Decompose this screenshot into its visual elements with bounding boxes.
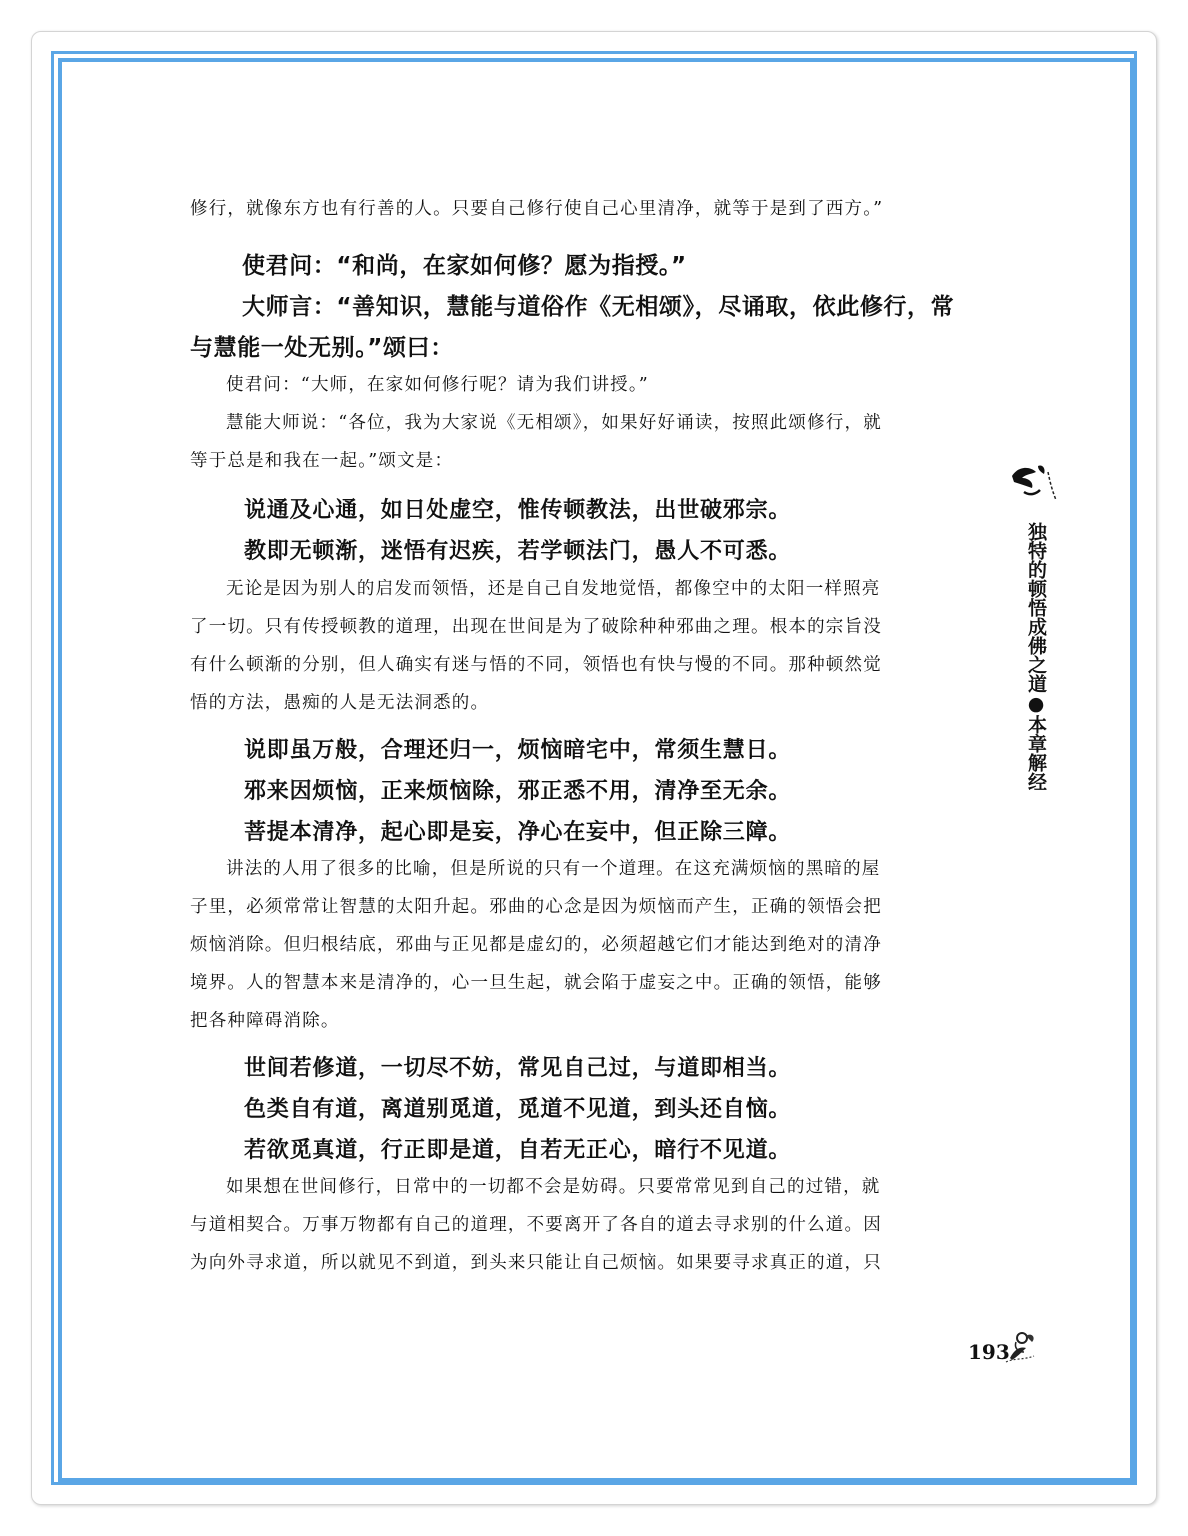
commentary-line: 了一切。只有传授顿教的道理，出现在世间是为了破除种种邪曲之理。根本的宗旨没: [190, 613, 882, 638]
commentary-line: 把各种障碍消除。: [190, 1007, 340, 1032]
commentary-line: 无论是因为别人的启发而领悟，还是自己自发地觉悟，都像空中的太阳一样照亮: [226, 575, 881, 600]
verse-line: 菩提本清净，起心即是妄，净心在妄中，但正除三障。: [244, 815, 791, 846]
verse-line: 世间若修道，一切尽不妨，常见自己过，与道即相当。: [244, 1051, 791, 1082]
translation-line: 慧能大师说：“各位，我为大家说《无相颂》，如果好好诵读，按照此颂修行，就: [226, 409, 882, 434]
commentary-line: 境界。人的智慧本来是清净的，心一旦生起，就会陷于虚妄之中。正确的领悟，能够: [190, 969, 882, 994]
verse-line: 邪来因烦恼，正来烦恼除，邪正悉不用，清净至无余。: [244, 774, 791, 805]
dialogue-line: 大师言：“善知识，慧能与道俗作《无相颂》，尽诵取，依此修行，常: [242, 288, 954, 321]
dialogue-line: 与慧能一处无别。”颂曰：: [190, 329, 454, 362]
commentary-line: 与道相契合。万事万物都有自己的道理，不要离开了各自的道去寻求别的什么道。因: [190, 1211, 882, 1236]
translation-line: 使君问：“大师，在家如何修行呢？请为我们讲授。”: [226, 371, 649, 396]
translation-line: 等于总是和我在一起。”颂文是：: [190, 447, 453, 472]
commentary-line: 子里，必须常常让智慧的太阳升起。邪曲的心念是因为烦恼而产生，正确的领悟会把: [190, 893, 882, 918]
commentary-line: 为向外寻求道，所以就见不到道，到头来只能让自己烦恼。如果要寻求真正的道，只: [190, 1249, 882, 1274]
verse-line: 说通及心通，如日处虚空，惟传顿教法，出世破邪宗。: [244, 493, 791, 524]
verse-line: 若欲觅真道，行正即是道，自若无正心，暗行不见道。: [244, 1133, 791, 1164]
verse-line: 说即虽万般，合理还归一，烦恼暗宅中，常须生慧日。: [244, 733, 791, 764]
ink-floral-ornament-icon: [1004, 1328, 1038, 1364]
dialogue-line: 使君问：“和尚，在家如何修？愿为指授。”: [242, 247, 687, 280]
commentary-line: 讲法的人用了很多的比喻，但是所说的只有一个道理。在这充满烦恼的黑暗的屋: [226, 855, 881, 880]
commentary-line: 烦恼消除。但归根结底，邪曲与正见都是虚幻的，必须超越它们才能达到绝对的清净: [190, 931, 882, 956]
text-line: 修行，就像东方也有行善的人。只要自己修行使自己心里清净，就等于是到了西方。”: [190, 195, 883, 220]
commentary-line: 如果想在世间修行，日常中的一切都不会是妨碍。只要常常见到自己的过错，就: [226, 1173, 881, 1198]
commentary-line: 有什么顿渐的分别，但人确实有迷与悟的不同，领悟也有快与慢的不同。那种顿然觉: [190, 651, 882, 676]
verse-line: 色类自有道，离道别觅道，觅道不见道，到头还自恼。: [244, 1092, 791, 1123]
ink-flower-ornament-icon: [1008, 462, 1062, 510]
verse-line: 教即无顿渐，迷悟有迟疾，若学顿法门，愚人不可悉。: [244, 534, 791, 565]
running-header-vertical: 独特的顿悟成佛之道●本章解经: [1022, 522, 1046, 791]
commentary-line: 悟的方法，愚痴的人是无法洞悉的。: [190, 689, 489, 714]
